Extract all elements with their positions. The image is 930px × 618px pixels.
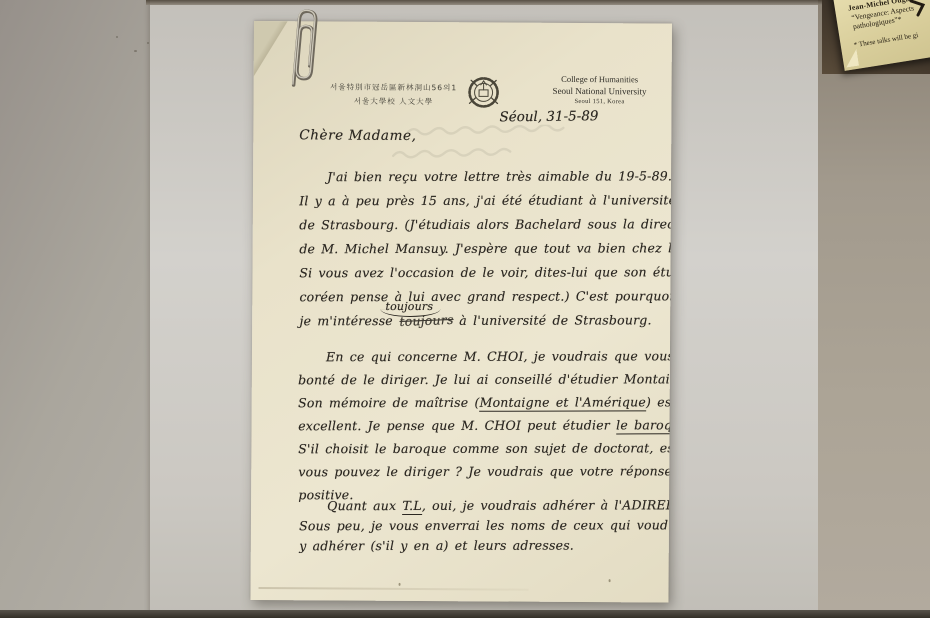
handwritten-line: Sous peu, je vous enverrai les noms de c… [299, 517, 672, 538]
handwritten-line: de M. Michel Mansuy. J'espère que tout v… [299, 240, 672, 265]
line-text: de Strasbourg. (J'étudiais alors Bachela… [299, 216, 672, 232]
line-text: Il y a à peu près 15 ans, j'ai été étudi… [299, 192, 672, 208]
line-text: ) est très [646, 394, 672, 409]
line-text: de M. Michel Mansuy. J'espère que tout v… [299, 240, 672, 256]
overwritten-word: toujours [399, 312, 454, 329]
handwritten-line: Son mémoire de maîtrise (Montaigne et l'… [298, 394, 672, 418]
line-text: coréen pense à lui avec grand respect.) … [299, 288, 672, 304]
handwritten-line: y adhérer (s'il y en a) et leurs adresse… [299, 537, 672, 558]
line-text: je m'intéresse [299, 313, 399, 328]
paper-speck [399, 583, 401, 586]
handwritten-line: coréen pense à lui avec grand respect.) … [299, 288, 672, 313]
line-text: Quant aux [327, 498, 402, 513]
handwritten-line: Il y a à peu près 15 ans, j'ai été étudi… [299, 192, 672, 217]
paragraph-1: J'ai bien reçu votre lettre très aimable… [299, 168, 672, 337]
line-text: Si vous avez l'occasion de le voir, dite… [299, 264, 672, 280]
underlined-text: le baroque [616, 417, 672, 434]
photo-stage: 서울特別市冠岳區新林洞山56의1 서울大學校 人文大學 College of H… [0, 0, 930, 618]
bottom-edge-shadow [0, 610, 930, 618]
line-text: , oui, je voudrais adhérer à l'ADIREL. [422, 497, 672, 513]
letter-page: 서울特別市冠岳區新林洞山56의1 서울大學校 人文大學 College of H… [250, 21, 672, 603]
university-name: Seoul National University [544, 85, 656, 98]
background-left-surface [0, 0, 152, 618]
inserted-word: toujours [385, 300, 433, 313]
line-text: à l'université de Strasbourg. [453, 312, 652, 328]
paper-speck [609, 579, 611, 582]
university-address: Seoul 151, Korea [543, 97, 655, 107]
dust-speck [134, 50, 137, 52]
line-text: bonté de le diriger. Je lui ai conseillé… [298, 371, 672, 387]
paragraph-2: En ce qui concerne M. CHOI, je voudrais … [298, 348, 672, 510]
line-text: S'il choisit le baroque comme son sujet … [298, 440, 672, 456]
korean-address: 서울特別市冠岳區新林洞山56의1 [324, 80, 464, 95]
handwritten-line: J'ai bien reçu votre lettre très aimable… [299, 168, 672, 193]
handwritten-line: En ce qui concerne M. CHOI, je voudrais … [298, 348, 672, 372]
handwritten-line: toujours je m'intéresse toujours à l'uni… [299, 312, 672, 337]
top-edge-shadow [146, 0, 930, 5]
line-text: y adhérer (s'il y en a) et leurs adresse… [299, 538, 574, 554]
handwritten-line: S'il choisit le baroque comme son sujet … [298, 440, 672, 464]
handwritten-line: Quant aux T.L, oui, je voudrais adhérer … [299, 497, 672, 518]
line-text: excellent. Je pense que M. CHOI peut étu… [298, 417, 616, 433]
handwritten-line: Si vous avez l'occasion de le voir, dite… [299, 264, 672, 289]
line-text: vous pouvez le diriger ? Je voudrais que… [298, 463, 672, 479]
paragraph-3: Quant aux T.L, oui, je voudrais adhérer … [299, 497, 672, 558]
background-right-surface [818, 0, 930, 618]
line-text: J'ai bien reçu votre lettre très aimable… [327, 168, 672, 184]
korean-university: 서울大學校 人文大學 [323, 94, 463, 109]
handwritten-line: vous pouvez le diriger ? Je voudrais que… [298, 463, 672, 487]
letterhead-korean: 서울特別市冠岳區新林洞山56의1 서울大學校 人文大學 [323, 80, 463, 109]
handwritten-line: excellent. Je pense que M. CHOI peut étu… [298, 417, 672, 441]
dust-speck [147, 42, 149, 44]
dust-speck [116, 36, 118, 38]
line-text: En ce qui concerne M. CHOI, je voudrais … [326, 348, 672, 364]
handwritten-line: de Strasbourg. (J'étudiais alors Bachela… [299, 216, 672, 241]
paperclip-icon [279, 2, 331, 95]
line-text: Son mémoire de maîtrise ( [298, 395, 479, 410]
handwritten-line: bonté de le diriger. Je lui ai conseillé… [298, 371, 672, 395]
letterhead-english: College of Humanities Seoul National Uni… [543, 73, 655, 107]
underlined-text: T.L [402, 498, 421, 515]
line-text: Sous peu, je vous enverrai les noms de c… [299, 517, 672, 533]
university-seal-icon [461, 67, 505, 113]
card-fold-corner [844, 49, 859, 68]
paper-crease [259, 587, 529, 591]
underlined-text: Montaigne et l'Amérique [480, 394, 646, 411]
salutation: Chère Madame, [299, 127, 416, 144]
handwritten-date: Séoul, 31-5-89 [499, 108, 598, 125]
college-name: College of Humanities [544, 73, 656, 86]
card-clip-icon [908, 0, 926, 17]
